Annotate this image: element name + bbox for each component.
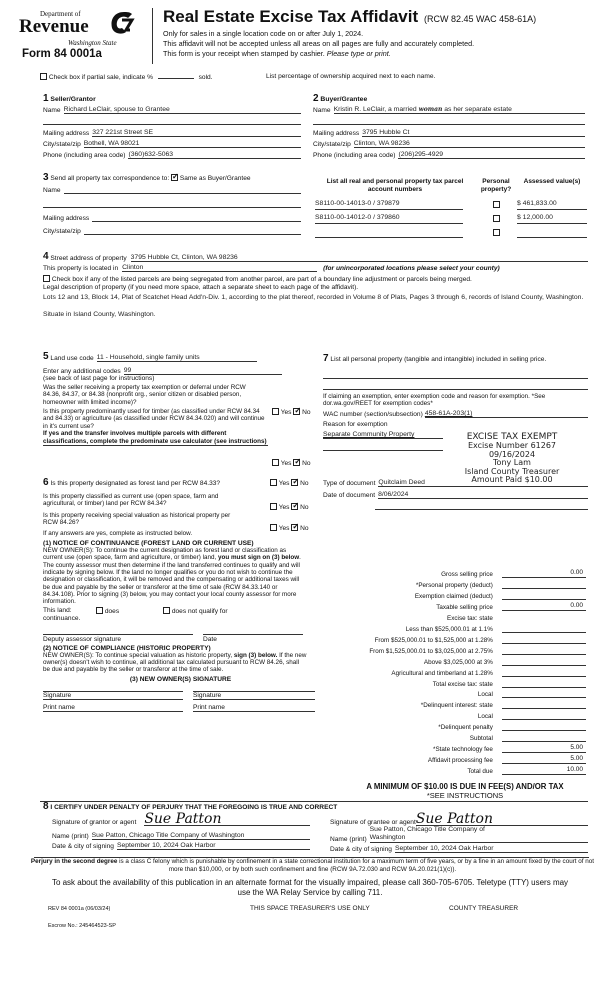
q5b-yes-no: Yes No [272, 459, 311, 467]
exemption-instructions: If claiming an exemption, enter exemptio… [323, 393, 588, 408]
tax-row-value[interactable]: 0.00 [502, 569, 586, 578]
tax-row: Total excise tax: state [318, 679, 586, 688]
doc-type-row: Type of documentQuitclaim Deed Date of d… [323, 479, 588, 510]
buyer-name-field[interactable]: Kristin R. LeClair, a married woman as h… [334, 106, 585, 114]
tax-row-label: Local [318, 713, 502, 720]
grantee-name-2: Washington [370, 834, 406, 841]
tax-row-value[interactable]: 5.00 [502, 744, 586, 753]
seller-name-line2[interactable] [43, 114, 301, 125]
grantor-sig-label: Signature of grantor or agent [52, 819, 136, 826]
legal-description[interactable]: Lots 12 and 13, Block 14, Plat of Scatch… [43, 294, 588, 303]
assessed-value-field[interactable]: $ 461,833.00 [517, 200, 587, 210]
signature-label: Signature [43, 692, 71, 699]
continuance-label: continuance. [43, 615, 318, 622]
personal-property-line2[interactable] [323, 379, 588, 390]
land-use-section: 5 Land use code11 - Household, single fa… [43, 351, 318, 446]
seller-city-field[interactable]: Bothell, WA 98021 [84, 140, 301, 148]
wac-field[interactable]: 458-61A-203(1) [425, 410, 588, 418]
seller-city-label: City/state/zip [43, 141, 81, 148]
parcel-table: List all real and personal property tax … [315, 178, 587, 238]
q5a-yes-checkbox[interactable] [272, 408, 279, 415]
tax-row: Total due10.00 [318, 766, 586, 775]
deputy-sig-label: Deputy assessor signature [43, 636, 121, 643]
tax-row: Above $3,025,000 at 3% [318, 657, 586, 666]
grantor-signature-row: Signature of grantor or agentSue Patton … [52, 812, 310, 850]
logo-swirl-icon [108, 10, 136, 36]
personal-property-label: List all personal property (tangible and… [330, 356, 546, 363]
legal-situate[interactable]: Situate in Island County, Washington. [43, 311, 588, 318]
perjury-text: is a class C felony which is punishable … [117, 858, 594, 873]
notice1-title: (1) NOTICE OF CONTINUANCE (FOREST LAND O… [43, 540, 318, 547]
perjury-bold: Perjury in the second degree [31, 858, 117, 865]
header-divider [152, 8, 153, 64]
q6c-yes-no: Yes No [270, 524, 309, 532]
corr-city-label: City/state/zip [43, 228, 81, 235]
sub3-italic: Please type or print. [327, 49, 391, 58]
tax-row: *Delinquent interest: state [318, 700, 586, 709]
personal-property-checkbox[interactable] [493, 201, 500, 208]
tax-row-label: Subtotal [318, 735, 502, 742]
timber-question: Is this property predominantly used for … [43, 408, 268, 430]
grantee-name-label: Name (print) [330, 836, 367, 843]
ownership-note: List percentage of ownership acquired ne… [266, 73, 435, 80]
doc-date-field[interactable]: 8/06/2024 [378, 491, 588, 499]
personal-property-line1[interactable] [323, 366, 588, 379]
corr-city-field[interactable] [84, 226, 301, 235]
print-name-label: Print name [43, 704, 75, 711]
located-field[interactable]: Clinton [122, 264, 317, 272]
tax-row-label: Total excise tax: state [318, 681, 502, 688]
tax-row: Affidavit processing fee5.00 [318, 755, 586, 764]
segregated-checkbox[interactable] [43, 275, 50, 282]
tax-row: Taxable selling price0.00 [318, 602, 586, 611]
grantee-date-field[interactable]: September 10, 2024 Oak Harbor [395, 845, 588, 853]
notice1-b: you must sign on (3) below [218, 554, 299, 561]
q6b-no-checkbox[interactable] [291, 503, 298, 510]
tax-row-value[interactable] [502, 679, 586, 688]
tax-row-value[interactable] [502, 635, 586, 644]
print-name-label: Print name [193, 704, 225, 711]
personal-property-checkbox[interactable] [493, 215, 500, 222]
tax-row-value[interactable] [502, 668, 586, 677]
no-label: No [300, 480, 308, 487]
q5b-no-checkbox[interactable] [293, 459, 300, 466]
does-qualify-checkbox[interactable] [96, 607, 103, 614]
additional-codes-label: Enter any additional codes [43, 368, 121, 375]
tax-row-value[interactable] [502, 722, 586, 731]
personal-cell [475, 215, 517, 224]
designation-section: 6 Is this property designated as forest … [43, 477, 318, 712]
dept-line3: Washington State [68, 39, 117, 47]
tax-row-label: Less than $525,000.01 at 1.1% [318, 626, 502, 633]
parcel-number-field[interactable]: S8110-00-14013-0 / 379879 [315, 200, 463, 210]
does-not-label: does not qualify for [172, 608, 228, 615]
buyer-city-field[interactable]: Clinton, WA 98236 [354, 140, 585, 148]
certify-text: I CERTIFY UNDER PENALTY OF PERJURY THAT … [50, 804, 337, 811]
tax-row-label: Taxable selling price [318, 604, 502, 611]
historic-question: Is this property receiving special valua… [43, 512, 233, 527]
notice2-title: (2) NOTICE OF COMPLIANCE (HISTORIC PROPE… [43, 645, 318, 652]
partial-sale-percent-field[interactable] [158, 71, 194, 79]
page-title: Real Estate Excise Tax Affidavit (RCW 82… [163, 7, 536, 27]
grantor-date-field[interactable]: September 10, 2024 Oak Harbor [117, 842, 310, 850]
corr-address-label: Mailing address [43, 215, 89, 222]
correspondence-section: 3 Send all property tax correspondence t… [43, 172, 301, 235]
buyer-address-field[interactable]: 3795 Hubble Ct [362, 129, 585, 137]
header-sub2: This affidavit will not be accepted unle… [163, 39, 474, 48]
accessibility-notice: To ask about the availability of this pu… [50, 878, 570, 898]
grantor-signature[interactable]: Sue Patton [144, 812, 310, 826]
corr-name-label: Name [43, 187, 61, 194]
tax-row: *State technology fee5.00 [318, 744, 586, 753]
tax-row-label: *Personal property (deduct) [318, 582, 502, 589]
doc-type-field[interactable]: Quitclaim Deed [378, 479, 588, 487]
treasurer-stamp: EXCISE TAX EXEMPT Excise Number 61267 09… [447, 433, 577, 484]
notice2-text: NEW OWNER(S): To continue special valuat… [43, 652, 307, 674]
land-use-field[interactable]: 11 - Household, single family units [97, 354, 257, 362]
wac-label: WAC number (section/subsection) [323, 411, 423, 418]
tax-row-value[interactable] [502, 711, 586, 720]
tax-row: Less than $525,000.01 at 1.1% [318, 624, 586, 633]
q5b-yes-checkbox[interactable] [272, 459, 279, 466]
additional-codes-note: (see back of last page for instructions) [43, 375, 318, 382]
grantor-name-label: Name (print) [52, 833, 89, 840]
date-label: Date [203, 636, 217, 643]
tax-row: Local [318, 689, 586, 698]
tax-row-value[interactable] [502, 580, 586, 589]
tax-row-label: Total due [318, 768, 502, 775]
grantor-name-field[interactable]: Sue Patton, Chicago Title Company of Was… [92, 832, 310, 840]
tax-row: Agricultural and timberland at 1.28% [318, 668, 586, 677]
owner-print-name-2[interactable]: Print name [193, 704, 315, 712]
exemption-question: Was the seller receiving a property tax … [43, 384, 258, 406]
doc-type-label: Type of document [323, 480, 375, 487]
q6a-yes-checkbox[interactable] [270, 479, 277, 486]
section-6-number: 6 [43, 477, 49, 488]
owner-signature-1[interactable]: Signature [43, 691, 183, 700]
minimum-notice: A MINIMUM OF $10.00 IS DUE IN FEE(S) AND… [330, 782, 600, 791]
grantee-sig-label: Signature of grantee or agent [330, 819, 416, 826]
partial-sale-checkbox[interactable] [40, 73, 47, 80]
no-label: No [302, 409, 310, 416]
located-label: This property is located in [43, 265, 118, 272]
doc-date-label: Date of document [323, 492, 375, 499]
section-8-number: 8 [43, 801, 49, 812]
buyer-name-label: Name [313, 107, 331, 114]
tax-row-value [502, 613, 586, 622]
segregated-label: Check box if any of the listed parcels a… [52, 276, 472, 283]
q6a-no-checkbox[interactable] [291, 479, 298, 486]
tax-row-label: Local [318, 691, 502, 698]
q5a-yes-no: Yes No [272, 408, 311, 416]
street-label: Street address of property [50, 255, 126, 262]
parcel-number-field[interactable]: S8110-00-14012-0 / 379860 [315, 214, 463, 224]
seller-address-field[interactable]: 327 221st Street SE [92, 129, 301, 137]
same-as-buyer-checkbox[interactable] [171, 174, 178, 181]
no-label: No [300, 525, 308, 532]
buyer-address-label: Mailing address [313, 130, 359, 137]
parcel-col-header: List all real and personal property tax … [315, 178, 475, 194]
notice2-a: NEW OWNER(S): To continue special valuat… [43, 652, 232, 659]
q5a-no-checkbox[interactable] [293, 408, 300, 415]
q6c-no-checkbox[interactable] [291, 524, 298, 531]
county-treasurer-label: COUNTY TREASURER [449, 905, 518, 912]
tax-row: From $525,000.01 to $1,525,000 at 1.28% [318, 635, 586, 644]
assessed-col-header: Assessed value(s) [517, 178, 587, 194]
partial-sale-suffix: sold. [199, 74, 213, 81]
tax-row-value[interactable] [502, 646, 586, 655]
statute-text: (RCW 82.45 WAC 458-61A) [424, 14, 536, 24]
tax-row-label: Gross selling price [318, 571, 502, 578]
tax-row-value[interactable]: 0.00 [502, 602, 586, 611]
tax-row-value[interactable] [502, 657, 586, 666]
yes-label: Yes [281, 460, 292, 467]
forest-question: Is this property designated as forest la… [50, 480, 220, 487]
this-land-label: This land: [43, 607, 96, 615]
tax-row-value[interactable]: 5.00 [502, 755, 586, 764]
owner-signature-2[interactable]: Signature [193, 691, 315, 700]
section-2-number: 2 [313, 93, 319, 104]
tax-row-value[interactable]: 10.00 [502, 766, 586, 775]
yes-label: Yes [279, 525, 290, 532]
tax-row: *Personal property (deduct) [318, 580, 586, 589]
tax-row-label: *Delinquent penalty [318, 724, 502, 731]
yes-label: Yes [281, 409, 292, 416]
grantee-name-1: Sue Patton, Chicago Title Company of [370, 826, 485, 833]
personal-cell [475, 229, 517, 238]
escrow-number: Escrow No.: 245464523-SP [48, 923, 116, 929]
parcel-row: S8110-00-14012-0 / 379860$ 12,000.00 [315, 211, 587, 224]
no-label: No [300, 504, 308, 511]
section-3-number: 3 [43, 172, 49, 183]
assessed-value-field[interactable] [517, 228, 587, 238]
parcel-row: S8110-00-14013-0 / 379879$ 461,833.00 [315, 197, 587, 210]
no-label: No [302, 460, 310, 467]
section-1-number: 1 [43, 93, 49, 104]
yes-label: Yes [279, 480, 290, 487]
doc-date-line2[interactable] [375, 499, 588, 510]
reason-field[interactable]: Separate Community Property [323, 431, 443, 439]
tax-row-label: Agricultural and timberland at 1.28% [318, 670, 502, 677]
tax-row: Subtotal [318, 733, 586, 742]
tax-row: Excise tax: state [318, 613, 586, 622]
section-7-number: 7 [323, 353, 329, 364]
corr-name-line2[interactable] [43, 194, 301, 208]
tax-row: Exemption claimed (deduct) [318, 591, 586, 600]
personal-col-header: Personal property? [475, 178, 517, 194]
partial-sale-label: Check box if partial sale, indicate % [49, 74, 153, 81]
signature-label: Signature [193, 692, 221, 699]
seller-section: 1 Seller/Grantor NameRichard LeClair, sp… [43, 93, 301, 159]
assessed-value-field[interactable]: $ 12,000.00 [517, 214, 587, 224]
tax-row: *Delinquent penalty [318, 722, 586, 731]
seller-name-field[interactable]: Richard LeClair, spouse to Grantee [64, 106, 301, 114]
tax-row-label: Excise tax: state [318, 615, 502, 622]
deputy-signature-field[interactable]: Deputy assessor signature [43, 634, 193, 643]
seller-phone-label: Phone (including area code) [43, 152, 125, 159]
notice3-title: (3) NEW OWNER(S) SIGNATURE [43, 676, 318, 683]
partial-sale-row: Check box if partial sale, indicate % so… [40, 71, 213, 81]
grantee-name-field[interactable]: Sue Patton, Chicago Title Company ofWash… [370, 826, 588, 843]
grantee-signature-row: Signature of grantee or agentSue Patton … [330, 812, 588, 853]
tax-row: Gross selling price0.00 [318, 569, 586, 578]
header-sub3: This form is your receipt when stamped b… [163, 49, 391, 58]
grantee-date-label: Date & city of signing [330, 846, 392, 853]
dept-line2: Revenue [19, 16, 89, 38]
buyer-title: Buyer/Grantee [320, 96, 367, 103]
tax-row: From $1,525,000.01 to $3,025,000 at 2.75… [318, 646, 586, 655]
tax-row-label: From $1,525,000.01 to $3,025,000 at 2.75… [318, 648, 502, 655]
q6a-yes-no: Yes No [270, 479, 309, 487]
corr-name-field[interactable] [64, 185, 301, 194]
corr-address-field[interactable] [92, 213, 301, 222]
q6b-yes-no: Yes No [270, 503, 309, 511]
legal-label: Legal description of property (if you ne… [43, 284, 588, 291]
tax-row-label: *Delinquent interest: state [318, 702, 502, 709]
land-use-label: Land use code [50, 355, 93, 362]
seller-name-label: Name [43, 107, 61, 114]
seller-phone-field[interactable]: (360)632-5063 [128, 151, 301, 159]
deputy-date-field[interactable]: Date [203, 634, 303, 643]
buyer-name-part2: as her separate estate [444, 106, 512, 113]
q6c-yes-checkbox[interactable] [270, 524, 277, 531]
tax-row: Local [318, 711, 586, 720]
buyer-phone-field[interactable]: (206)295-4929 [398, 151, 585, 159]
header-sub1: Only for sales in a single location code… [163, 29, 363, 38]
located-note: (for unincorporated locations please sel… [323, 265, 500, 272]
owner-print-name-1[interactable]: Print name [43, 704, 183, 712]
title-text: Real Estate Excise Tax Affidavit [163, 7, 418, 26]
tax-row-label: Above $3,025,000 at 3% [318, 659, 502, 666]
section-4-number: 4 [43, 251, 49, 262]
predominate-use-note: If yes and the transfer involves multipl… [43, 430, 268, 446]
does-label: does [105, 608, 119, 615]
tax-row-value[interactable] [502, 624, 586, 633]
reason-label: Reason for exemption [323, 421, 588, 428]
q6b-yes-checkbox[interactable] [270, 503, 277, 510]
treasurer-use-label: THIS SPACE TREASURER'S USE ONLY [250, 905, 370, 912]
tax-row-label: *State technology fee [318, 746, 502, 753]
buyer-name-line2[interactable] [313, 114, 585, 125]
buyer-city-label: City/state/zip [313, 141, 351, 148]
parcel-row [315, 225, 587, 238]
buyer-phone-label: Phone (including area code) [313, 152, 395, 159]
notice1-c: . The county assessor must then determin… [43, 554, 301, 605]
perjury-notice: Perjury in the second degree is a class … [30, 858, 595, 874]
grantee-signature[interactable]: Sue Patton [416, 812, 588, 826]
correspondence-label: Send all property tax correspondence to: [50, 175, 169, 182]
street-field[interactable]: 3795 Hubble Ct, Clinton, WA 98236 [131, 254, 588, 262]
buyer-section: 2 Buyer/Grantee Name Kristin R. LeClair,… [313, 93, 585, 159]
tax-row-value[interactable] [502, 591, 586, 600]
reason-line2[interactable] [323, 439, 443, 451]
does-not-qualify-checkbox[interactable] [163, 607, 170, 614]
seller-title: Seller/Grantor [50, 96, 95, 103]
see-instructions: *SEE INSTRUCTIONS [330, 791, 600, 800]
tax-row-value[interactable] [502, 689, 586, 698]
parcel-number-field[interactable] [315, 228, 463, 238]
section-5-number: 5 [43, 351, 49, 362]
tax-row-value[interactable] [502, 733, 586, 742]
grantor-date-label: Date & city of signing [52, 843, 114, 850]
notice2-b: sign (3) below. [234, 652, 278, 659]
additional-codes-field[interactable]: 99 [124, 367, 282, 375]
same-as-buyer-label: Same as Buyer/Grantee [180, 175, 251, 182]
sub3-text: This form is your receipt when stamped b… [163, 49, 325, 58]
notice1-text: NEW OWNER(S): To continue the current de… [43, 547, 305, 606]
personal-property-checkbox[interactable] [493, 229, 500, 236]
yes-label: Yes [279, 504, 290, 511]
parcel-rows: S8110-00-14013-0 / 379879$ 461,833.00S81… [315, 197, 587, 238]
tax-row-value[interactable] [502, 700, 586, 709]
form-number: Form 84 0001a [22, 48, 102, 60]
rev-number: REV 84 0001a (06/03/24) [48, 906, 110, 912]
buyer-name-part1: Kristin R. LeClair, a married [334, 106, 417, 113]
buyer-name-handwritten: woman [419, 106, 443, 113]
seller-address-label: Mailing address [43, 130, 89, 137]
personal-cell [475, 201, 517, 210]
property-section: 4 Street address of property3795 Hubble … [43, 251, 588, 318]
tax-row-label: Affidavit processing fee [318, 757, 502, 764]
current-use-question: Is this property classified as current u… [43, 493, 243, 508]
tax-row-label: Exemption claimed (deduct) [318, 593, 502, 600]
tax-row-label: From $525,000.01 to $1,525,000 at 1.28% [318, 637, 502, 644]
